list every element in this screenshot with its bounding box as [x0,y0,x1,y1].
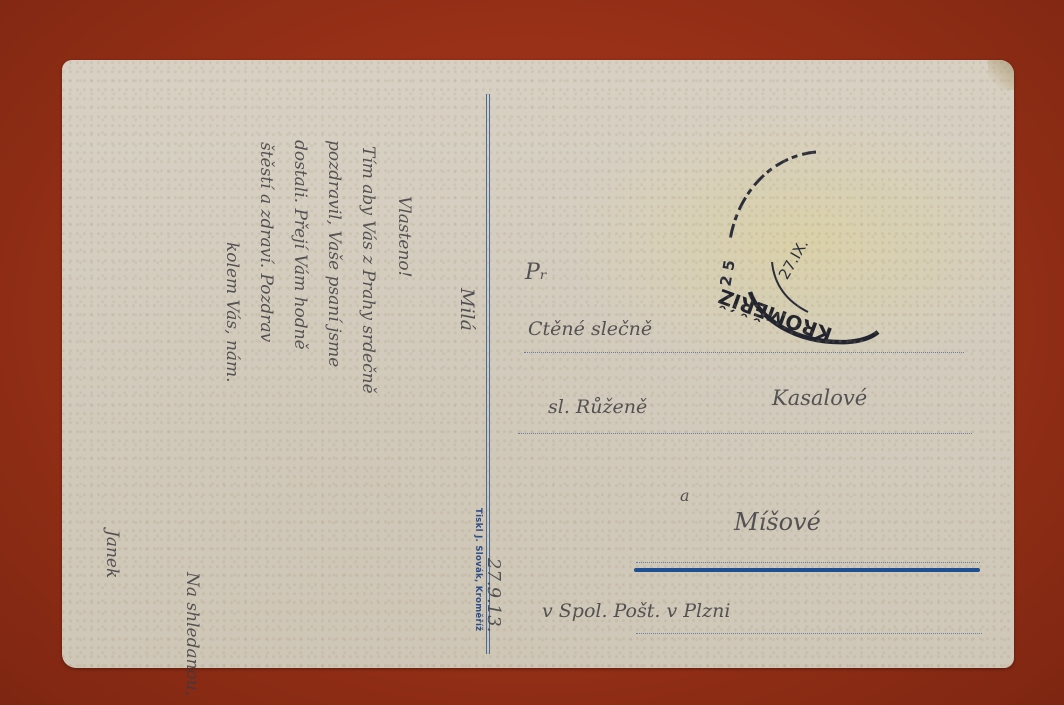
postmark-icon: KROMĚŘÍŽ 27.IX. 2 5 [712,142,902,352]
printer-imprint: Tiskl J. Slovák, Kroměříž [473,508,483,648]
address-surname: Kasalové [772,386,867,410]
address-city-line: v Spol. Pošt. v Plzni [542,600,730,622]
message-date: 27.9.13. [483,558,504,632]
message-line: kolem Vás, nám. [222,242,242,383]
address-line-3 [636,562,980,563]
address-title: Ctěné slečně [528,318,652,340]
bent-corner [988,60,1014,90]
message-line: dostali. Přejí Vám hodně [290,140,310,350]
address-blue-rule [634,568,980,572]
message-line: štěstí a zdraví. Pozdrav [256,142,276,342]
postmark-town: KROMĚŘÍŽ [715,284,835,347]
postmark-date: 27.IX. [775,236,812,283]
address-line-1 [524,352,964,353]
address-first-name: sl. Růženě [548,396,647,418]
address-place: Míšové [734,508,821,536]
message-line: Vlasteno! [394,196,414,277]
postmark-partial: 2 5 [716,259,738,288]
address-prefix: Pᵣ [525,260,547,285]
address-line-2 [518,433,972,434]
message-signoff: Na shledanou, [182,572,202,696]
message-signature: Janek [102,530,122,578]
address-line-4 [636,633,982,634]
message-salutation: Milá [456,288,478,331]
message-line: Tím aby Vás z Prahy srdečně [358,146,378,394]
postcard: Tiskl J. Slovák, Kroměříž KROMĚŘÍŽ 27.IX… [62,60,1014,668]
message-line: pozdravil, Vaše psaní jsme [324,140,344,367]
address-conjunction: a [680,486,690,505]
